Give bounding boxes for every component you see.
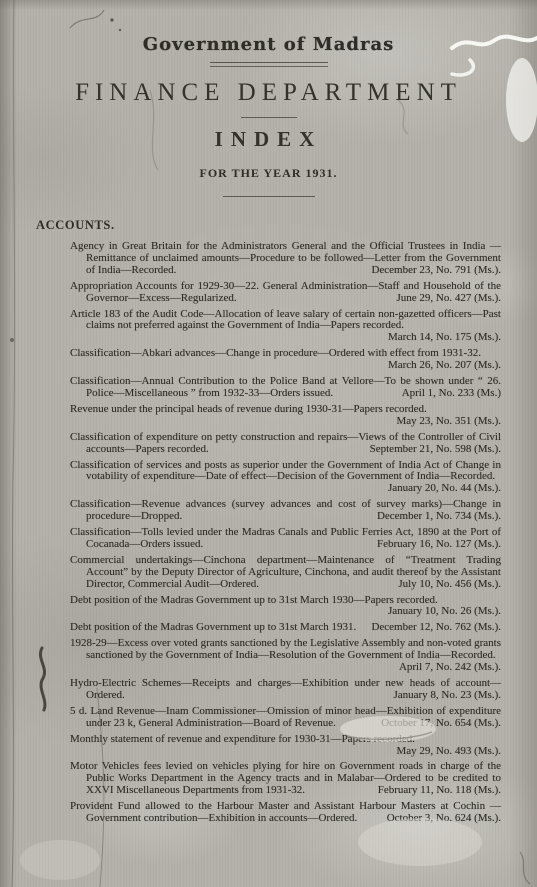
entry-reference: October 17, No. 654 (Ms.). <box>373 718 501 730</box>
entry-reference: October 3, No. 624 (Ms.). <box>379 813 501 825</box>
index-entry: Classification—Revenue advances (survey … <box>70 499 501 523</box>
page-content: Government of Madras FINANCE DEPARTMENT … <box>0 0 537 887</box>
index-entry: Article 183 of the Audit Code—Allocation… <box>70 309 501 345</box>
index-entry: Provident Fund allowed to the Harbour Ma… <box>70 801 501 825</box>
entry-reference: May 23, No. 351 (Ms.). <box>389 416 502 428</box>
index-entry: Revenue under the principal heads of rev… <box>70 404 501 428</box>
entry-reference: April 7, No. 242 (Ms.). <box>391 662 501 674</box>
entry-reference: September 21, No. 598 (Ms.). <box>362 444 501 456</box>
short-rule-divider <box>241 117 297 118</box>
entry-reference: February 11, No. 118 (Ms.). <box>370 785 501 797</box>
entry-reference: January 10, No. 26 (Ms.). <box>380 606 501 618</box>
double-rule-divider <box>210 62 328 67</box>
medium-rule-divider <box>223 196 315 197</box>
index-entry: Classification—Annual Contribution to th… <box>70 376 501 400</box>
entry-reference: May 29, No. 493 (Ms.). <box>389 746 502 758</box>
entry-text: Revenue under the principal heads of rev… <box>70 403 427 415</box>
index-entry: Monthly statement of revenue and expendi… <box>70 734 501 758</box>
entry-text: Classification—Abkari advances—Change in… <box>70 347 481 359</box>
entry-text: Debt position of the Madras Government u… <box>70 594 438 606</box>
entry-text: Monthly statement of revenue and expendi… <box>70 733 415 745</box>
entry-reference: March 14, No. 175 (Ms.). <box>380 332 501 344</box>
index-entry: Agency in Great Britain for the Administ… <box>70 241 501 277</box>
index-entry: Hydro-Electric Schemes—Receipts and char… <box>70 678 501 702</box>
index-entry: Appropriation Accounts for 1929-30—22. G… <box>70 281 501 305</box>
year-subtitle: FOR THE YEAR 1931. <box>36 166 501 181</box>
entry-reference: June 29, No. 427 (Ms.). <box>389 293 502 305</box>
index-entry: Classification of expenditure on petty c… <box>70 432 501 456</box>
index-entry: 1928-29—Excess over voted grants sanctio… <box>70 638 501 674</box>
entry-text: Article 183 of the Audit Code—Allocation… <box>70 308 501 332</box>
entry-reference: July 10, No. 456 (Ms.). <box>390 579 501 591</box>
index-entry: Classification—Abkari advances—Change in… <box>70 348 501 372</box>
masthead-title: Government of Madras <box>36 34 501 55</box>
entry-reference: December 23, No. 791 (Ms.). <box>363 265 501 277</box>
entry-reference: January 20, No. 44 (Ms.). <box>380 483 501 495</box>
index-entry: Debt position of the Madras Government u… <box>70 595 501 619</box>
index-entry: Classification of services and posts as … <box>70 460 501 496</box>
index-entry-list: Agency in Great Britain for the Administ… <box>36 241 501 825</box>
index-title: INDEX <box>36 127 501 152</box>
entry-reference: April 1, No. 233 (Ms.) <box>394 388 501 400</box>
entry-reference: March 26, No. 207 (Ms.). <box>380 360 501 372</box>
index-entry: 5 d. Land Revenue—Inam Commissioner—Omis… <box>70 706 501 730</box>
scanned-document-page: { "colors": { "paper": "#b5b2ab", "ink":… <box>0 0 537 887</box>
index-entry: Commercial undertakings—Cinchona departm… <box>70 555 501 591</box>
entry-text: Classification of services and posts as … <box>70 459 501 483</box>
entry-reference: December 1, No. 734 (Ms.). <box>369 511 501 523</box>
index-entry: Motor Vehicles fees levied on vehicles p… <box>70 761 501 797</box>
index-entry: Debt position of the Madras Government u… <box>70 622 501 634</box>
index-entry: Classification—Tolls levied under the Ma… <box>70 527 501 551</box>
entry-text: Debt position of the Madras Government u… <box>70 621 356 633</box>
section-heading-accounts: ACCOUNTS. <box>36 218 501 233</box>
department-title: FINANCE DEPARTMENT <box>36 79 501 107</box>
entry-reference: January 8, No. 23 (Ms.). <box>385 690 501 702</box>
document-header: Government of Madras FINANCE DEPARTMENT … <box>36 34 501 197</box>
entry-reference: December 12, No. 762 (Ms.). <box>363 622 501 634</box>
entry-text: 1928-29—Excess over voted grants sanctio… <box>70 637 501 661</box>
entry-reference: February 16, No. 127 (Ms.). <box>369 539 501 551</box>
